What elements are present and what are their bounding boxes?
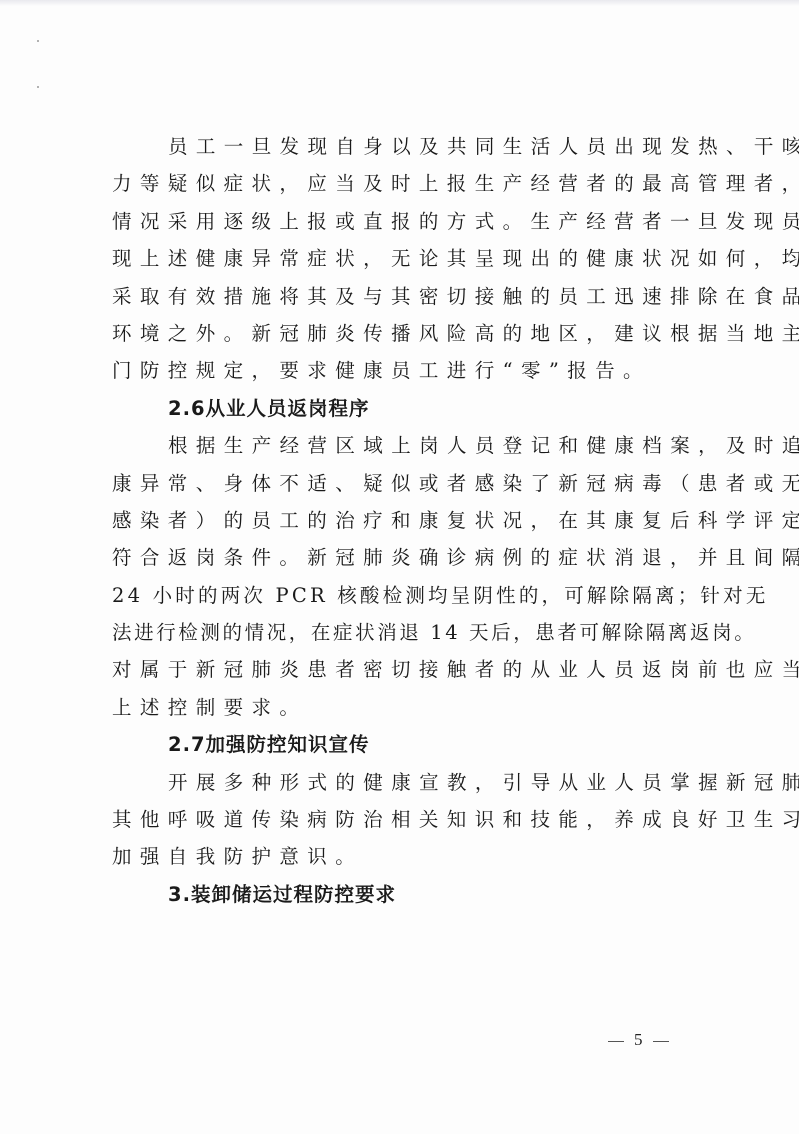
scan-speck [37, 40, 39, 42]
section-heading-2-7: 2.7加强防控知识宣传 [112, 726, 674, 763]
paragraph-employee-reporting: 员工一旦发现自身以及共同生活人员出现发热、干咳、乏 力等疑似症状，应当及时上报生… [112, 128, 674, 390]
text-line: 环境之外。新冠肺炎传播风险高的地区，建议根据当地主管部 [112, 315, 674, 352]
text-line: 力等疑似症状，应当及时上报生产经营者的最高管理者，可视 [112, 165, 674, 202]
document-page: 员工一旦发现自身以及共同生活人员出现发热、干咳、乏 力等疑似症状，应当及时上报生… [112, 128, 674, 913]
text-line: 康异常、身体不适、疑似或者感染了新冠病毒（患者或无症状 [112, 465, 674, 502]
paragraph-return-to-work: 根据生产经营区域上岗人员登记和健康档案，及时追踪健 康异常、身体不适、疑似或者感… [112, 427, 674, 726]
text-line: 符合返岗条件。新冠肺炎确诊病例的症状消退，并且间隔至少 [112, 539, 674, 576]
text-line: 员工一旦发现自身以及共同生活人员出现发热、干咳、乏 [112, 128, 674, 165]
page-number: 5 [598, 1030, 679, 1050]
text-line: 根据生产经营区域上岗人员登记和健康档案，及时追踪健 [112, 427, 674, 464]
text-line: 加强自我防护意识。 [112, 838, 674, 875]
text-line: 情况采用逐级上报或直报的方式。生产经营者一旦发现员工出 [112, 203, 674, 240]
text-line: 法进行检测的情况，在症状消退 14 天后，患者可解除隔离返岗。 [112, 614, 674, 651]
text-line: 现上述健康异常症状，无论其呈现出的健康状况如何，均应当 [112, 240, 674, 277]
text-line: 其他呼吸道传染病防治相关知识和技能，养成良好卫生习惯， [112, 801, 674, 838]
paragraph-health-education: 开展多种形式的健康宣教，引导从业人员掌握新冠肺炎和 其他呼吸道传染病防治相关知识… [112, 764, 674, 876]
scan-speck [37, 86, 39, 88]
text-line: 对属于新冠肺炎患者密切接触者的从业人员返岗前也应当符合 [112, 651, 674, 688]
section-heading-3: 3.装卸储运过程防控要求 [112, 876, 674, 913]
text-line: 上述控制要求。 [112, 689, 674, 726]
text-line: 采取有效措施将其及与其密切接触的员工迅速排除在食品工作 [112, 278, 674, 315]
text-line: 开展多种形式的健康宣教，引导从业人员掌握新冠肺炎和 [112, 764, 674, 801]
page-number-value: 5 [634, 1030, 643, 1049]
page-number-dash-right [653, 1041, 669, 1042]
section-heading-2-6: 2.6从业人员返岗程序 [112, 390, 674, 427]
text-line: 门防控规定，要求健康员工进行“零”报告。 [112, 352, 674, 389]
text-line: 24 小时的两次 PCR 核酸检测均呈阴性的，可解除隔离；针对无 [112, 577, 674, 614]
text-line: 感染者）的员工的治疗和康复状况，在其康复后科学评定是否 [112, 502, 674, 539]
scan-edge-shading [0, 0, 799, 6]
page-number-dash-left [608, 1041, 624, 1042]
